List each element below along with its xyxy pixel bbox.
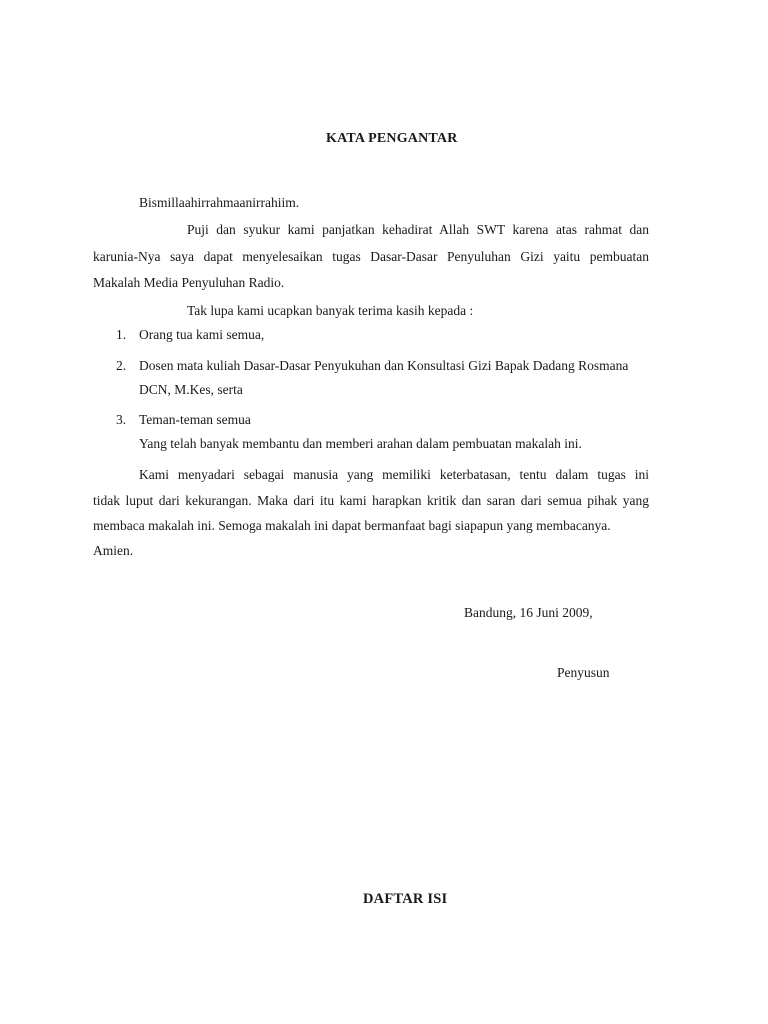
place-date: Bandung, 16 Juni 2009, xyxy=(464,605,593,621)
heading-daftar-isi: DAFTAR ISI xyxy=(363,891,447,908)
list-item: Dosen mata kuliah Dasar-Dasar Penyukuhan… xyxy=(139,358,628,374)
list-item-number: 3. xyxy=(116,412,126,428)
list-item-continuation: DCN, M.Kes, serta xyxy=(139,382,243,398)
signature-label: Penyusun xyxy=(557,665,610,681)
paragraph2-line2: tidak luput dari kekurangan. Maka dari i… xyxy=(93,493,649,509)
list-item: Teman-teman semua xyxy=(139,412,251,428)
list-item-number: 2. xyxy=(116,358,126,374)
list-item: Orang tua kami semua, xyxy=(139,327,264,343)
thanks-intro: Tak lupa kami ucapkan banyak terima kasi… xyxy=(187,303,473,319)
paragraph2-line4: Amien. xyxy=(93,543,133,559)
salutation: Bismillaahirrahmaanirrahiim. xyxy=(139,195,299,211)
paragraph2-line3: membaca makalah ini. Semoga makalah ini … xyxy=(93,518,611,534)
paragraph1-line3: Makalah Media Penyuluhan Radio. xyxy=(93,275,284,291)
paragraph1-line2: karunia-Nya saya dapat menyelesaikan tug… xyxy=(93,249,649,265)
paragraph1-line1: Puji dan syukur kami panjatkan kehadirat… xyxy=(187,222,649,238)
list-item-number: 1. xyxy=(116,327,126,343)
heading-kata-pengantar: KATA PENGANTAR xyxy=(326,131,458,147)
thanks-closing: Yang telah banyak membantu dan memberi a… xyxy=(139,436,582,452)
paragraph2-line1: Kami menyadari sebagai manusia yang memi… xyxy=(139,467,649,483)
